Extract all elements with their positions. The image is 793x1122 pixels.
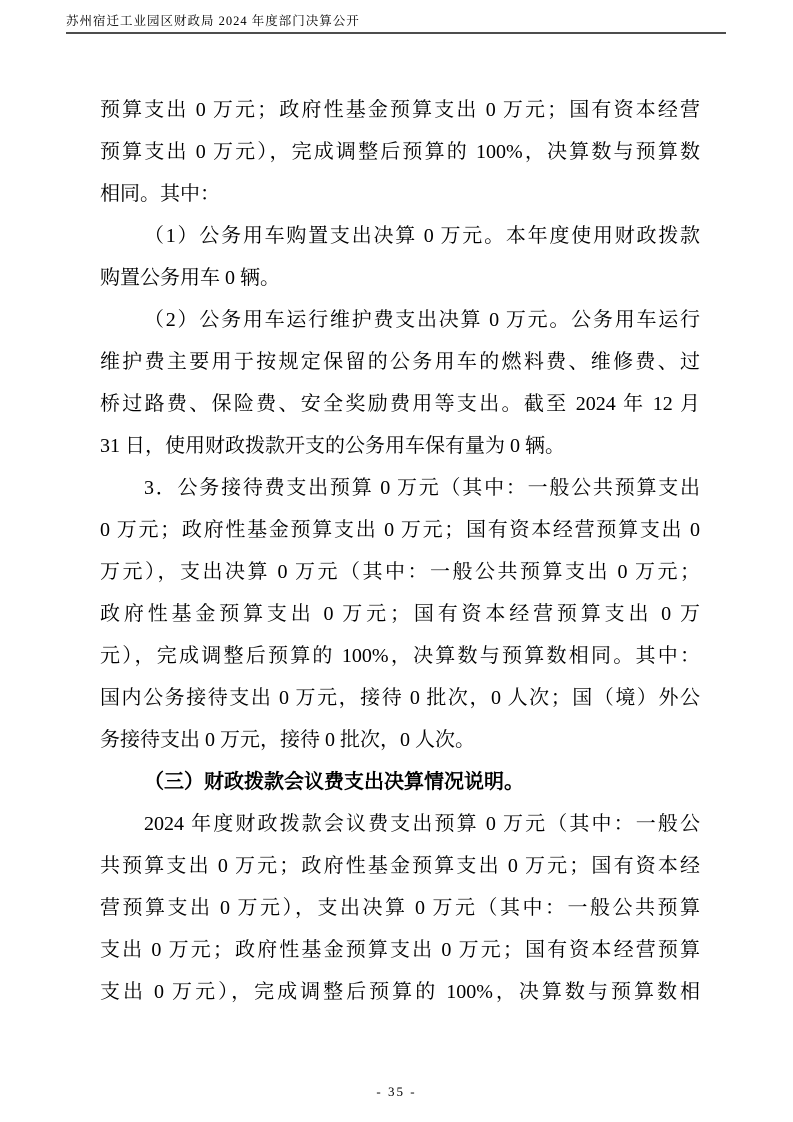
body-line: 2024 年度财政拨款会议费支出预算 0 万元（其中：一般公: [100, 803, 700, 845]
document-page: 苏州宿迁工业园区财政局 2024 年度部门决算公开 预算支出 0 万元；政府性基…: [0, 0, 793, 1122]
body-line: 务接待支出 0 万元，接待 0 批次，0 人次。: [100, 719, 700, 761]
body-line: 购置公务用车 0 辆。: [100, 257, 700, 299]
body-line: 营预算支出 0 万元），支出决算 0 万元（其中：一般公共预算: [100, 887, 700, 929]
body-line: 政府性基金预算支出 0 万元；国有资本经营预算支出 0 万: [100, 593, 700, 635]
page-footer: - 35 -: [0, 1083, 793, 1101]
body-line: 31 日，使用财政拨款开支的公务用车保有量为 0 辆。: [100, 425, 700, 467]
body-line: 相同。其中：: [100, 173, 700, 215]
document-body: 预算支出 0 万元；政府性基金预算支出 0 万元；国有资本经营 预算支出 0 万…: [100, 89, 700, 1013]
page-header: 苏州宿迁工业园区财政局 2024 年度部门决算公开: [66, 12, 726, 34]
header-title: 苏州宿迁工业园区财政局 2024 年度部门决算公开: [66, 12, 726, 30]
header-rule: [66, 32, 726, 34]
body-line: 支出 0 万元；政府性基金预算支出 0 万元；国有资本经营预算: [100, 929, 700, 971]
body-line: 预算支出 0 万元），完成调整后预算的 100%，决算数与预算数: [100, 131, 700, 173]
body-line: 元），完成调整后预算的 100%，决算数与预算数相同。其中：: [100, 635, 700, 677]
body-line: 支出 0 万元），完成调整后预算的 100%，决算数与预算数相: [100, 971, 700, 1013]
body-line: 桥过路费、保险费、安全奖励费用等支出。截至 2024 年 12 月: [100, 383, 700, 425]
section-heading: （三）财政拨款会议费支出决算情况说明。: [100, 761, 700, 803]
body-line: 维护费主要用于按规定保留的公务用车的燃料费、维修费、过: [100, 341, 700, 383]
body-line: 3．公务接待费支出预算 0 万元（其中：一般公共预算支出: [100, 467, 700, 509]
body-line: 国内公务接待支出 0 万元，接待 0 批次，0 人次；国（境）外公: [100, 677, 700, 719]
body-line: （2）公务用车运行维护费支出决算 0 万元。公务用车运行: [100, 299, 700, 341]
body-line: 万元），支出决算 0 万元（其中：一般公共预算支出 0 万元；: [100, 551, 700, 593]
body-line: 预算支出 0 万元；政府性基金预算支出 0 万元；国有资本经营: [100, 89, 700, 131]
page-number: - 35 -: [0, 1083, 793, 1101]
body-line: （1）公务用车购置支出决算 0 万元。本年度使用财政拨款: [100, 215, 700, 257]
body-line: 共预算支出 0 万元；政府性基金预算支出 0 万元；国有资本经: [100, 845, 700, 887]
body-line: 0 万元；政府性基金预算支出 0 万元；国有资本经营预算支出 0: [100, 509, 700, 551]
